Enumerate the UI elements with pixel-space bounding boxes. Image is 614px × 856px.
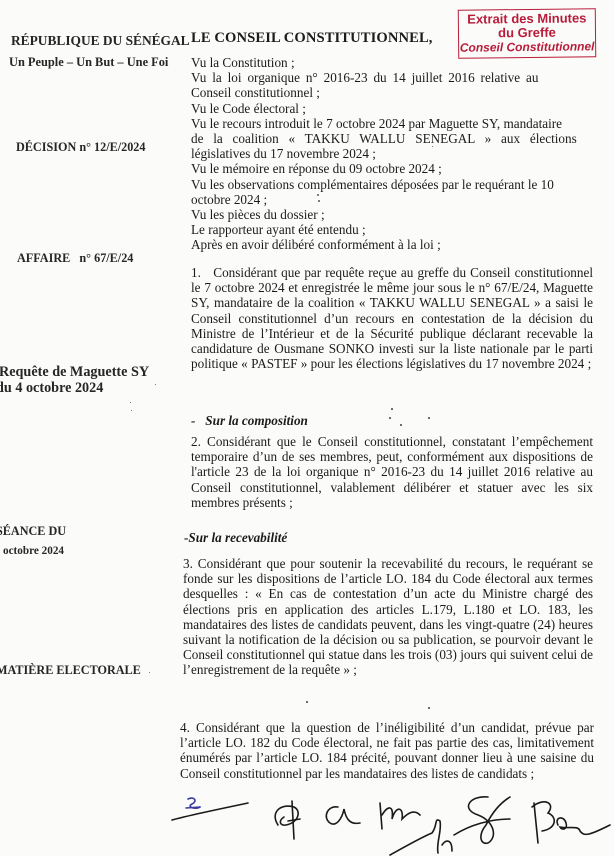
paragraph-3: 3. Considérant que pour soutenir la rece… [183,556,593,678]
document-title: LE CONSEIL CONSTITUTIONNEL, [191,30,433,47]
stamp-line-2: du Greffe [459,25,595,40]
decision-number: DÉCISION n° 12/E/2024 [16,140,146,155]
visa-line: Après en avoir délibéré conformément à l… [191,237,593,252]
seance-line-2: octobre 2024 [3,545,64,557]
stamp-line-3: Conseil Constitutionnel [459,39,595,54]
heading-composition: - Sur la composition [191,413,308,429]
signature-1-icon [172,798,248,820]
scan-speck [400,424,402,426]
scan-speck [389,417,391,419]
visa-line: Vu les pièces du dossier ; [191,207,593,222]
matiere-label: MATIÈRE ELECTORALE [0,663,141,678]
affaire-number: AFFAIRE n° 67/E/24 [17,251,133,266]
scan-speck [432,146,433,147]
requete-line-1: Requête de Maguette SY [0,364,149,381]
scan-speck [155,384,156,385]
scan-speck [317,194,319,196]
signature-6-icon [532,802,610,843]
scan-speck [391,408,393,410]
scan-speck [318,200,320,202]
visa-line: législatives du 17 novembre 2024 ; [191,146,593,161]
scan-speck [149,672,150,673]
republic-label: RÉPUBLIQUE DU SÉNÉGAL [11,33,190,49]
visa-line: Vu les observations complémentaires dépo… [191,177,593,192]
motto-label: Un Peuple – Un But – Une Foi [9,55,168,70]
visa-line: Vu le mémoire en réponse du 09 octobre 2… [191,161,593,176]
signatures [170,795,614,856]
signature-2-icon [275,801,300,839]
signature-4-icon [380,803,420,829]
seance-line-1: SÉANCE DU [0,524,66,539]
paragraph-4: 4. Considérant que la question de l’inél… [180,720,594,781]
scan-speck [131,410,132,411]
visa-line: Le rapporteur ayant été entendu ; [191,222,593,237]
scan-speck [428,417,430,419]
visa-line: Vu le recours introduit le 7 octobre 202… [191,116,593,131]
paragraph-1: 1. Considérant que par requête reçue au … [191,265,593,371]
visa-line: Vu la loi organique n° 2016-23 du 14 jui… [191,70,593,85]
visa-line: de la coalition « TAKKU WALLU SENEGAL » … [191,131,593,146]
visa-line: octobre 2024 ; [191,192,593,207]
visa-line: Conseil constitutionnel ; [191,85,593,100]
greffe-stamp: Extrait des Minutes du Greffe Conseil Co… [458,8,597,58]
signature-5-icon [390,797,510,855]
visa-line: Vu le Code électoral ; [191,101,593,116]
scan-speck [428,707,430,709]
signature-3-icon [326,807,360,824]
heading-recevabilite: -Sur la recevabilité [184,530,287,546]
scan-speck [306,701,308,703]
requete-line-2: du 4 octobre 2024 [0,380,103,397]
paragraph-2: 2. Considérant que le Conseil constituti… [191,434,593,510]
visa-line: Vu la Constitution ; [191,55,593,70]
document-page: RÉPUBLIQUE DU SÉNÉGAL Un Peuple – Un But… [0,0,614,856]
scan-speck [130,402,131,403]
visas-block: Vu la Constitution ; Vu la loi organique… [191,55,593,253]
